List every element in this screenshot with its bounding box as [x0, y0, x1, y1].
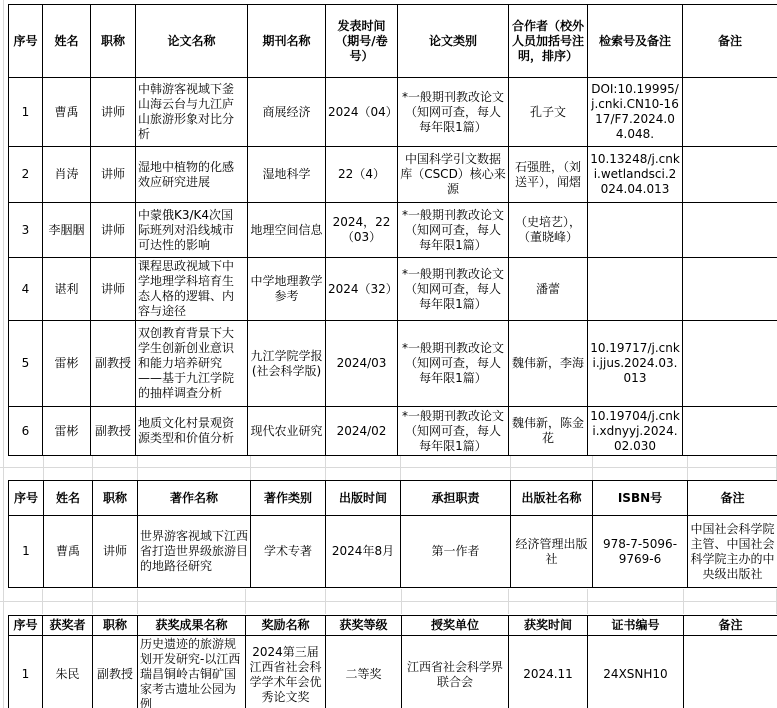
papers-cell-4-8: 10.19717/j.cnki.jjus.2024.03.013 [588, 321, 683, 407]
books-cell-0-4: 学术专著 [251, 516, 326, 588]
books-header-7: 出版社名称 [511, 481, 593, 516]
papers-cell-2-7: （史培艺），（董晓峰） [509, 203, 588, 258]
papers-header-5: 发表时间（期号/卷号） [326, 5, 398, 78]
papers-cell-5-7: 魏伟新，陈金花 [509, 407, 588, 456]
awards-header-7: 获奖时间 [509, 616, 588, 636]
awards-header-row: 序号获奖者职称获奖成果名称奖励名称获奖等级授奖单位获奖时间证书编号备注 [9, 616, 777, 636]
papers-cell-5-5: 2024/02 [326, 407, 398, 456]
books-cell-0-1: 曹禹 [44, 516, 93, 588]
books-header-5: 出版时间 [326, 481, 401, 516]
books-cell-0-2: 讲师 [93, 516, 138, 588]
papers-cell-1-4: 湿地科学 [248, 147, 326, 203]
papers-cell-3-0: 4 [9, 258, 43, 321]
awards-table: 序号获奖者职称获奖成果名称奖励名称获奖等级授奖单位获奖时间证书编号备注 1朱民副… [8, 615, 777, 708]
books-cell-0-9: 中国社会科学院主管、中国社会科学院主办的中央级出版社 [688, 516, 777, 588]
papers-cell-1-1: 肖涛 [43, 147, 91, 203]
papers-cell-2-9 [683, 203, 777, 258]
papers-cell-0-8: DOI:10.19995/j.cnki.CN10-1617/F7.2024.04… [588, 78, 683, 147]
gridline [42, 589, 43, 614]
gridline [0, 601, 777, 602]
papers-row-0: 1曹禹讲师中韩游客视域下釜山海云台与九江庐山旅游形象对比分析商展经济2024（0… [9, 78, 777, 147]
papers-header-7: 合作者（校外人员加括号注明，排序） [509, 5, 588, 78]
papers-cell-1-7: 石强胜，（刘送平），闻熠 [509, 147, 588, 203]
gridline [683, 589, 684, 614]
awards-cell-0-0: 1 [9, 636, 43, 708]
papers-cell-0-6: *一般期刊教改论文（知网可查，每人每年限1篇） [398, 78, 509, 147]
papers-header-8: 检索号及备注 [588, 5, 683, 78]
papers-cell-0-5: 2024（04） [326, 78, 398, 147]
papers-cell-2-5: 2024，22（03） [326, 203, 398, 258]
awards-header-8: 证书编号 [588, 616, 684, 636]
papers-cell-4-7: 魏伟新，李海 [509, 321, 588, 407]
books-cell-0-5: 2024年8月 [326, 516, 401, 588]
papers-cell-2-2: 讲师 [91, 203, 136, 258]
papers-cell-2-0: 3 [9, 203, 43, 258]
books-table: 序号姓名职称著作名称著作类别出版时间承担职责出版社名称ISBN号备注 1曹禹讲师… [8, 480, 777, 588]
papers-cell-0-0: 1 [9, 78, 43, 147]
papers-cell-0-3: 中韩游客视域下釜山海云台与九江庐山旅游形象对比分析 [136, 78, 248, 147]
gridline [92, 589, 93, 614]
papers-cell-2-8 [588, 203, 683, 258]
awards-cell-0-9 [684, 636, 777, 708]
awards-cell-0-3: 历史遗迹的旅游规划开发研究-以江西瑞昌铜岭古铜矿国家考古遗址公园为例 [138, 636, 246, 708]
papers-cell-3-7: 潘蕾 [509, 258, 588, 321]
gridline [137, 456, 138, 480]
papers-cell-3-9 [683, 258, 777, 321]
papers-cell-1-5: 22（4） [326, 147, 398, 203]
papers-header-1: 姓名 [43, 5, 91, 78]
gridline [687, 456, 688, 480]
papers-cell-5-9 [683, 407, 777, 456]
papers-cell-0-1: 曹禹 [43, 78, 91, 147]
papers-cell-3-4: 中学地理教学参考 [248, 258, 326, 321]
papers-row-5: 6雷彬副教授地质文化村景观资源类型和价值分析现代农业研究2024/02*一般期刊… [9, 407, 777, 456]
gridline [250, 456, 251, 480]
gridline [587, 589, 588, 614]
books-cell-0-7: 经济管理出版社 [511, 516, 593, 588]
papers-row-1: 2肖涛讲师湿地中植物的化感效应研究进展湿地科学22（4）中国科学引文数据库（CS… [9, 147, 777, 203]
papers-cell-2-1: 李胭胭 [43, 203, 91, 258]
papers-row-2: 3李胭胭讲师中蒙俄K3/K4次国际班列对沿线城市可达性的影响地理空间信息2024… [9, 203, 777, 258]
papers-cell-4-2: 副教授 [91, 321, 136, 407]
awards-row-0: 1朱民副教授历史遗迹的旅游规划开发研究-以江西瑞昌铜岭古铜矿国家考古遗址公园为例… [9, 636, 777, 708]
papers-cell-4-0: 5 [9, 321, 43, 407]
papers-cell-5-3: 地质文化村景观资源类型和价值分析 [136, 407, 248, 456]
papers-cell-4-4: 九江学院学报(社会科学版) [248, 321, 326, 407]
gridline [400, 456, 401, 480]
books-header-4: 著作类别 [251, 481, 326, 516]
papers-header-4: 期刊名称 [248, 5, 326, 78]
books-cell-0-6: 第一作者 [401, 516, 511, 588]
books-header-0: 序号 [9, 481, 44, 516]
awards-cell-0-6: 江西省社会科学界联合会 [402, 636, 509, 708]
books-header-3: 著作名称 [138, 481, 251, 516]
papers-cell-1-2: 讲师 [91, 147, 136, 203]
gridline [508, 589, 509, 614]
awards-cell-0-2: 副教授 [93, 636, 138, 708]
awards-cell-0-5: 二等奖 [326, 636, 402, 708]
papers-cell-0-4: 商展经济 [248, 78, 326, 147]
papers-cell-0-2: 讲师 [91, 78, 136, 147]
awards-header-5: 获奖等级 [326, 616, 402, 636]
awards-header-2: 职称 [93, 616, 138, 636]
papers-cell-3-1: 谌利 [43, 258, 91, 321]
papers-cell-2-6: *一般期刊教改论文（知网可查，每人每年限1篇） [398, 203, 509, 258]
papers-cell-3-3: 课程思政视域下中学地理学科培育生态人格的逻辑、内容与途径 [136, 258, 248, 321]
awards-cell-0-7: 2024.11 [509, 636, 588, 708]
gridline [592, 456, 593, 480]
papers-cell-4-9 [683, 321, 777, 407]
papers-cell-2-4: 地理空间信息 [248, 203, 326, 258]
books-cell-0-3: 世界游客视域下江西省打造世界级旅游目的地路径研究 [138, 516, 251, 588]
papers-cell-0-7: 孔子文 [509, 78, 588, 147]
papers-cell-5-1: 雷彬 [43, 407, 91, 456]
papers-cell-4-3: 双创教育背景下大学生创新创业意识和能力培养研究——基于九江学院的抽样调查分析 [136, 321, 248, 407]
papers-cell-5-2: 副教授 [91, 407, 136, 456]
papers-cell-3-2: 讲师 [91, 258, 136, 321]
papers-cell-2-3: 中蒙俄K3/K4次国际班列对沿线城市可达性的影响 [136, 203, 248, 258]
awards-header-1: 获奖者 [43, 616, 93, 636]
books-header-9: 备注 [688, 481, 777, 516]
awards-header-0: 序号 [9, 616, 43, 636]
papers-header-9: 备注 [683, 5, 777, 78]
books-cell-0-0: 1 [9, 516, 44, 588]
awards-cell-0-4: 2024第三届江西省社会科学学术年会优秀论文奖 [246, 636, 326, 708]
papers-cell-5-0: 6 [9, 407, 43, 456]
gridline [510, 456, 511, 480]
papers-cell-3-8 [588, 258, 683, 321]
papers-table: 序号姓名职称论文名称期刊名称发表时间（期号/卷号）论文类别合作者（校外人员加括号… [8, 4, 777, 456]
awards-header-4: 奖励名称 [246, 616, 326, 636]
papers-cell-0-9 [683, 78, 777, 147]
papers-cell-4-5: 2024/03 [326, 321, 398, 407]
gridline [325, 456, 326, 480]
books-header-2: 职称 [93, 481, 138, 516]
papers-header-0: 序号 [9, 5, 43, 78]
papers-header-2: 职称 [91, 5, 136, 78]
papers-cell-5-6: *一般期刊教改论文（知网可查，每人每年限1篇） [398, 407, 509, 456]
papers-cell-3-5: 2024（32） [326, 258, 398, 321]
papers-cell-1-9 [683, 147, 777, 203]
papers-header-row: 序号姓名职称论文名称期刊名称发表时间（期号/卷号）论文类别合作者（校外人员加括号… [9, 5, 777, 78]
gridline [245, 589, 246, 614]
papers-cell-1-6: 中国科学引文数据库（CSCD）核心来源 [398, 147, 509, 203]
papers-cell-4-6: *一般期刊教改论文（知网可查，每人每年限1篇） [398, 321, 509, 407]
awards-cell-0-1: 朱民 [43, 636, 93, 708]
papers-cell-5-8: 10.19704/j.cnki.xdnyyj.2024.02.030 [588, 407, 683, 456]
books-header-8: ISBN号 [593, 481, 688, 516]
gridline [137, 589, 138, 614]
books-row-0: 1曹禹讲师世界游客视域下江西省打造世界级旅游目的地路径研究学术专著2024年8月… [9, 516, 777, 588]
papers-row-3: 4谌利讲师课程思政视域下中学地理学科培育生态人格的逻辑、内容与途径中学地理教学参… [9, 258, 777, 321]
papers-header-3: 论文名称 [136, 5, 248, 78]
gridline [401, 589, 402, 614]
papers-cell-5-4: 现代农业研究 [248, 407, 326, 456]
books-header-1: 姓名 [44, 481, 93, 516]
gridline [0, 467, 777, 468]
awards-header-3: 获奖成果名称 [138, 616, 246, 636]
awards-header-9: 备注 [684, 616, 777, 636]
books-header-6: 承担职责 [401, 481, 511, 516]
papers-row-4: 5雷彬副教授双创教育背景下大学生创新创业意识和能力培养研究——基于九江学院的抽样… [9, 321, 777, 407]
books-header-row: 序号姓名职称著作名称著作类别出版时间承担职责出版社名称ISBN号备注 [9, 481, 777, 516]
papers-cell-4-1: 雷彬 [43, 321, 91, 407]
gridline [325, 589, 326, 614]
books-cell-0-8: 978-7-5096-9769-6 [593, 516, 688, 588]
gridline [43, 456, 44, 480]
papers-header-6: 论文类别 [398, 5, 509, 78]
awards-header-6: 授奖单位 [402, 616, 509, 636]
papers-cell-1-3: 湿地中植物的化感效应研究进展 [136, 147, 248, 203]
papers-cell-1-8: 10.13248/j.cnki.wetlandsci.2024.04.013 [588, 147, 683, 203]
papers-cell-3-6: *一般期刊教改论文（知网可查，每人每年限1篇） [398, 258, 509, 321]
spreadsheet-page: 序号姓名职称论文名称期刊名称发表时间（期号/卷号）论文类别合作者（校外人员加括号… [0, 0, 777, 708]
gridline [92, 456, 93, 480]
awards-cell-0-8: 24XSNH10 [588, 636, 684, 708]
papers-cell-1-0: 2 [9, 147, 43, 203]
